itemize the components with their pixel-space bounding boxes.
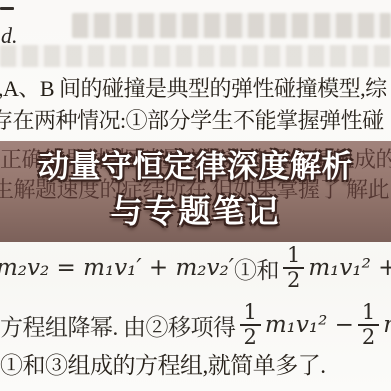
eq2-term-2: m₁v₁′² — [383, 312, 391, 338]
book-text-closing-line: ①和③组成的方程组,就简单多了. — [0, 351, 326, 381]
eq1-momentum-terms: m₂v₂ = m₁v₁′ + m₂v₂′ — [0, 255, 234, 281]
eq2-fraction-1: 12 — [240, 302, 261, 348]
book-text-line-1: ,A、B 间的碰撞是典型的弹性碰撞模型,综 — [0, 74, 387, 104]
eq1-label-and: ①和 — [234, 252, 279, 285]
banner-title-line-2: 与专题笔记 — [0, 189, 391, 233]
eq1-kinetic-term-1: m₁v₁² + — [308, 255, 391, 281]
banner-title: 动量守恒定律深度解析 与专题笔记 — [0, 145, 391, 233]
eq2-fraction-2: 12 — [358, 302, 379, 348]
eq1-fraction-1: 12 — [283, 245, 304, 291]
equation-line-2: 方程组降幂. 由②移项得12m₁v₁² −12m₁v₁′² — [0, 301, 391, 349]
letter-d-fragment: d. — [1, 23, 18, 49]
equation-line-1: m₂v₂ = m₁v₁′ + m₂v₂′①和12m₁v₁² +12m₂v₂² =… — [0, 244, 391, 292]
title-banner-overlay: 正确结果, 根据动量守恒和能量守恒组成的 生解题速度的症结所在,但如果掌握了 解… — [0, 141, 391, 242]
ghost-text-row-2 — [0, 45, 391, 67]
fraction-bar-fragment — [0, 7, 14, 10]
eq2-intro-text: 方程组降幂. 由②移项得 — [0, 309, 236, 342]
book-text-line-2: 存在两种情况:①部分学生不能掌握弹性碰 — [0, 106, 384, 136]
textbook-photo-thumbnail: d. ,A、B 间的碰撞是典型的弹性碰撞模型,综 存在两种情况:①部分学生不能掌… — [0, 0, 391, 391]
ghost-text-row-1 — [72, 13, 391, 38]
eq2-term-1: m₁v₁² − — [265, 312, 354, 338]
banner-title-line-1: 动量守恒定律深度解析 — [0, 145, 391, 189]
